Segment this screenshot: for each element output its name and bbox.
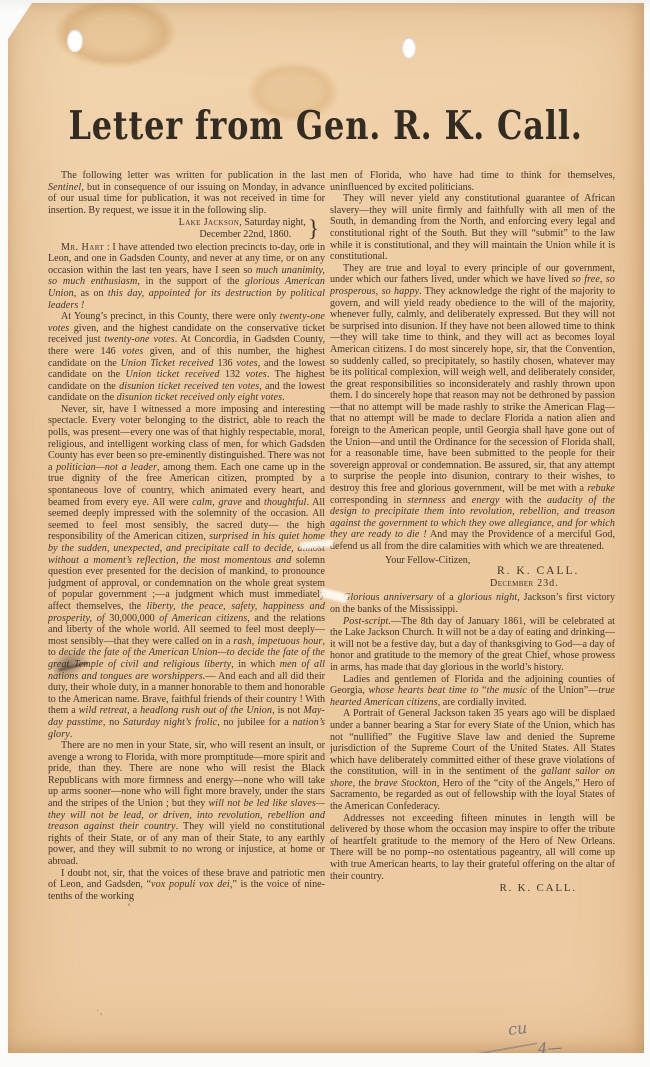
dateline-brace: } — [308, 218, 319, 240]
closing-signature: R. K. CALL. — [330, 566, 615, 578]
closing-date: December 23d. — [330, 578, 615, 590]
paragraph: Glorious anniversary of a glorious night… — [330, 592, 615, 615]
right-text-column: men of Florida, who have had time to thi… — [330, 170, 615, 1028]
paper-speck — [308, 243, 311, 246]
pencil-mark: ·, — [96, 1005, 102, 1017]
paragraph: Mr. Hart : I have attended two election … — [48, 242, 325, 312]
punch-hole-left — [67, 29, 83, 52]
left-text-column: The following letter was written for pub… — [48, 170, 325, 1028]
end-signature: R. K. CALL. — [330, 883, 615, 895]
letter-closing: Your Fellow-Citizen,R. K. CALL.December … — [330, 555, 615, 590]
pencil-annotation: cu — [507, 1018, 528, 1039]
dateline: Lake Jackson, Saturday night,December 22… — [179, 217, 319, 240]
paragraph: At Young’s precinct, in this County, the… — [48, 311, 325, 404]
paragraph: Never, sir, have I witnessed a more impo… — [48, 404, 325, 740]
paragraph: The following letter was written for pub… — [48, 170, 325, 216]
paragraph: They are true and loyal to every princip… — [330, 263, 615, 553]
paper-speck — [548, 433, 550, 435]
paragraph: Post-script.—The 8th day of January 1861… — [330, 616, 615, 674]
paper-speck — [128, 903, 130, 906]
paragraph: A Portrait of General Jackson taken 35 y… — [330, 708, 615, 812]
document-page: Letter from Gen. R. K. Call. The followi… — [8, 3, 644, 1053]
paragraph: There are no men in your State, sir, who… — [48, 740, 325, 868]
punch-hole-right — [402, 37, 416, 58]
scanned-document: Letter from Gen. R. K. Call. The followi… — [0, 0, 650, 1067]
paper-stain — [33, 0, 198, 80]
page-title: Letter from Gen. R. K. Call. — [69, 103, 583, 149]
masthead: Letter from Gen. R. K. Call. — [8, 103, 644, 149]
dateline-date: December 22nd, 1860. — [179, 229, 306, 241]
paragraph: I doubt not, sir, that the voices of the… — [48, 868, 325, 903]
paragraph: men of Florida, who have had time to thi… — [330, 170, 615, 193]
paragraph: They will never yield any constitutional… — [330, 193, 615, 263]
pencil-stroke — [460, 1042, 537, 1058]
pencil-annotation: 4— — [537, 1038, 563, 1058]
paragraph: Addresses not exceeding fifteen minutes … — [330, 813, 615, 883]
paragraph: Ladies and gentlemen of Florida and the … — [330, 674, 615, 709]
dateline-place: Lake Jackson, Saturday night, — [179, 217, 306, 229]
